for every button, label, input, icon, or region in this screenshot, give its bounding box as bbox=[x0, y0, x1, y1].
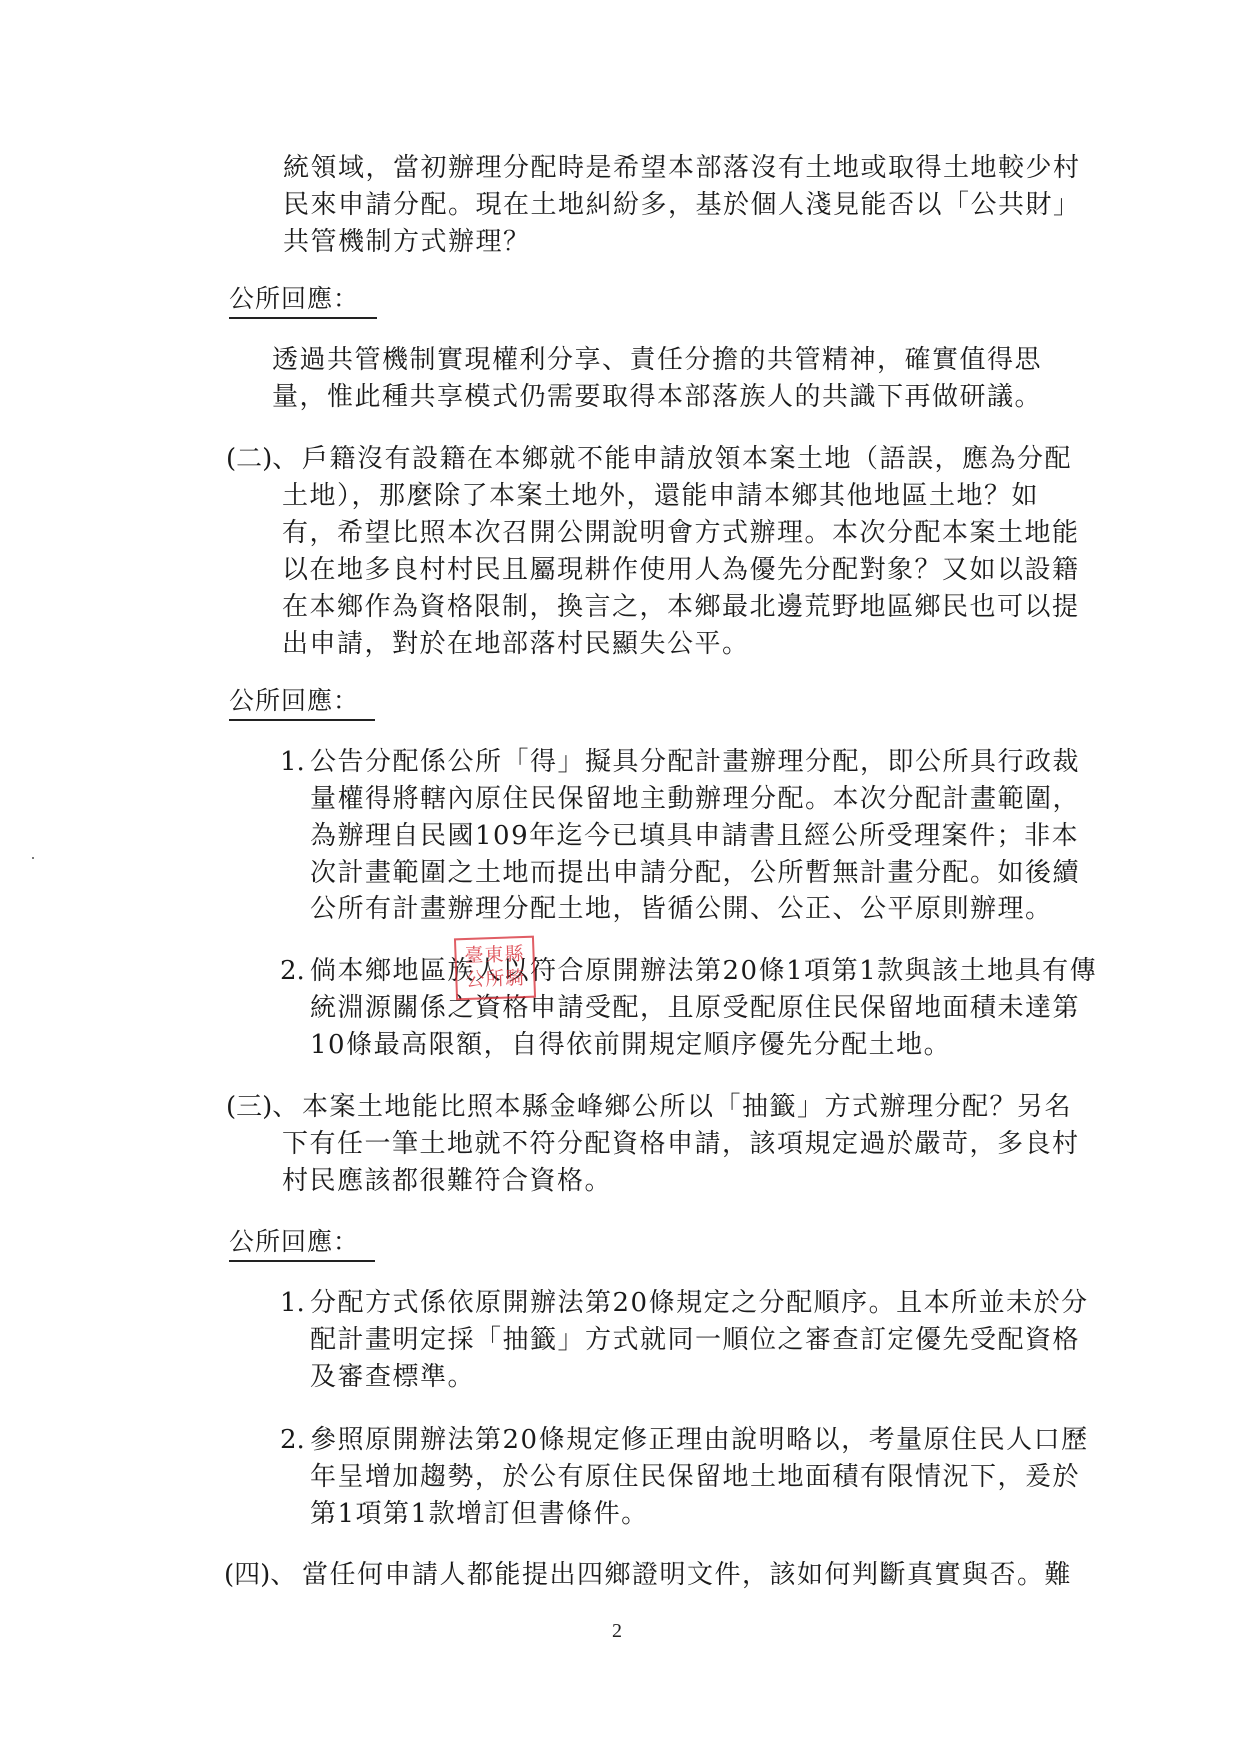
list-number: 1. bbox=[280, 746, 305, 778]
official-seal-stamp: 臺東縣 公所騎 bbox=[454, 936, 536, 1001]
heading-underline bbox=[229, 317, 377, 319]
response-heading-text: 公所回應： bbox=[229, 685, 359, 717]
paragraph-line: 下有任一筆土地就不符分配資格申請，該項規定過於嚴苛，多良村 bbox=[282, 1128, 1080, 1160]
paragraph-line: 配計畫明定採「抽籤」方式就同一順位之審查訂定優先受配資格 bbox=[310, 1324, 1080, 1356]
paragraph-line: 10條最高限額，自得依前開規定順序優先分配土地。 bbox=[310, 1029, 951, 1061]
paragraph-line: 戶籍沒有設籍在本鄉就不能申請放領本案土地（語誤，應為分配 bbox=[302, 443, 1072, 475]
paragraph-line: 公所有計畫辦理分配土地，皆循公開、公正、公平原則辦理。 bbox=[310, 893, 1053, 925]
paragraph-line: 統領域，當初辦理分配時是希望本部落沒有土地或取得土地較少村 bbox=[283, 152, 1081, 184]
response-heading: 公所回應： bbox=[229, 1226, 359, 1258]
question-marker: (三)、 bbox=[226, 1091, 298, 1123]
seal-line: 公所騎 bbox=[457, 966, 534, 993]
paragraph-line: 量，惟此種共享模式仍需要取得本部落族人的共識下再做研議。 bbox=[272, 381, 1042, 413]
paragraph-line: 共管機制方式辦理？ bbox=[283, 226, 531, 258]
question-marker: (四)、 bbox=[224, 1559, 296, 1591]
paragraph-line: 在本鄉作為資格限制，換言之，本鄉最北邊荒野地區鄉民也可以提 bbox=[282, 591, 1080, 623]
seal-line: 臺東縣 bbox=[456, 942, 533, 969]
paragraph-line: 透過共管機制實現權利分享、責任分擔的共管精神，確實值得思 bbox=[272, 344, 1042, 376]
paragraph-line: 倘本鄉地區族人以符合原開辦法第20條1項第1款與該土地具有傳 bbox=[310, 955, 1097, 987]
scan-artifact bbox=[32, 857, 34, 859]
response-heading-text: 公所回應： bbox=[229, 1226, 359, 1258]
paragraph-line: 土地），那麼除了本案土地外，還能申請本鄉其他地區土地？如 bbox=[282, 480, 1039, 512]
paragraph-line: 統淵源關係之資格申請受配，且原受配原住民保留地面積未達第 bbox=[310, 992, 1080, 1024]
response-heading: 公所回應： bbox=[229, 283, 359, 315]
paragraph-line: 量權得將轄內原住民保留地主動辦理分配。本次分配計畫範圍， bbox=[310, 783, 1080, 815]
paragraph-line: 公告分配係公所「得」擬具分配計畫辦理分配，即公所具行政裁 bbox=[310, 746, 1080, 778]
question-marker: (二)、 bbox=[226, 443, 298, 475]
paragraph-line: 為辦理自民國109年迄今已填具申請書且經公所受理案件；非本 bbox=[310, 820, 1079, 852]
paragraph-line: 第1項第1款增訂但書條件。 bbox=[310, 1498, 649, 1530]
paragraph-line: 年呈增加趨勢，於公有原住民保留地土地面積有限情況下，爰於 bbox=[310, 1461, 1080, 1493]
list-number: 2. bbox=[280, 1424, 305, 1456]
heading-underline bbox=[229, 719, 375, 721]
paragraph-line: 村民應該都很難符合資格。 bbox=[282, 1165, 612, 1197]
heading-underline bbox=[229, 1260, 375, 1262]
list-number: 1. bbox=[280, 1287, 305, 1319]
response-heading: 公所回應： bbox=[229, 685, 359, 717]
paragraph-line: 當任何申請人都能提出四鄉證明文件，該如何判斷真實與否。難 bbox=[302, 1559, 1072, 1591]
paragraph-line: 以在地多良村村民且屬現耕作使用人為優先分配對象？又如以設籍 bbox=[282, 554, 1080, 586]
paragraph-line: 有，希望比照本次召開公開說明會方式辦理。本次分配本案土地能 bbox=[282, 517, 1080, 549]
paragraph-line: 本案土地能比照本縣金峰鄉公所以「抽籤」方式辦理分配？另名 bbox=[302, 1091, 1072, 1123]
page-number: 2 bbox=[612, 1620, 622, 1643]
paragraph-line: 出申請，對於在地部落村民顯失公平。 bbox=[282, 628, 750, 660]
paragraph-line: 次計畫範圍之土地而提出申請分配，公所暫無計畫分配。如後續 bbox=[310, 857, 1080, 889]
paragraph-line: 分配方式係依原開辦法第20條規定之分配順序。且本所並未於分 bbox=[310, 1287, 1089, 1319]
paragraph-line: 及審查標準。 bbox=[310, 1361, 475, 1393]
list-number: 2. bbox=[280, 955, 305, 987]
response-heading-text: 公所回應： bbox=[229, 283, 359, 315]
paragraph-line: 參照原開辦法第20條規定修正理由說明略以，考量原住民人口歷 bbox=[310, 1424, 1089, 1456]
paragraph-line: 民來申請分配。現在土地糾紛多，基於個人淺見能否以「公共財」 bbox=[283, 189, 1081, 221]
